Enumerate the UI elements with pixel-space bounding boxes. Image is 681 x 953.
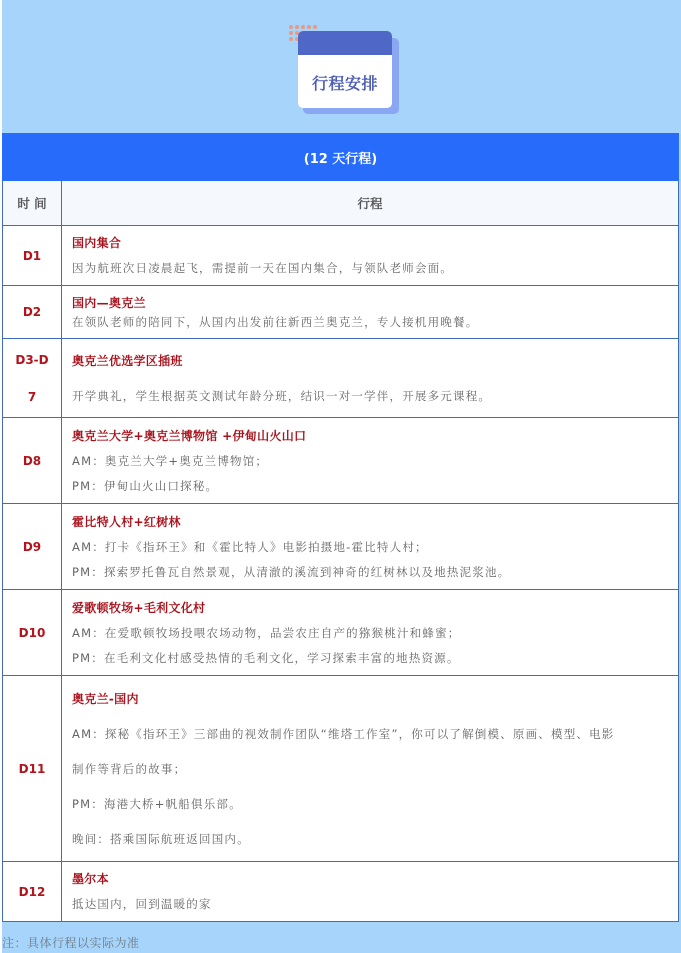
footer-note: 注：具体行程以实际为准 xyxy=(2,934,140,951)
day-label: D2 xyxy=(3,286,62,338)
day-title: 霍比特人村+红树林 xyxy=(72,514,678,530)
day-label: D1 xyxy=(3,226,62,285)
day-title: 国内集合 xyxy=(72,235,678,251)
day-label: D12 xyxy=(3,862,62,921)
itinerary-table: (12 天行程) 时 间 行程 D1 国内集合 因为航班次日凌晨起飞，需提前一天… xyxy=(2,133,679,922)
day-title: 奥克兰大学+奥克兰博物馆 +伊甸山火山口 xyxy=(72,428,678,444)
table-row-d1: D1 国内集合 因为航班次日凌晨起飞，需提前一天在国内集合，与领队老师会面。 xyxy=(2,226,679,286)
table-row-d2: D2 国内—奥克兰 在领队老师的陪同下，从国内出发前往新西兰奥克兰，专人接机用晚… xyxy=(2,286,679,339)
day-am: AM：探秘《指环王》三部曲的视效制作团队“维塔工作室”，你可以了解倒模、原画、模… xyxy=(72,726,678,742)
day-pm: PM：伊甸山火山口探秘。 xyxy=(72,478,678,494)
day-content: 墨尔本 抵达国内，回到温暖的家 xyxy=(62,862,678,921)
days-header: (12 天行程) xyxy=(2,133,679,181)
table-row-d3-d7: D3-D 7 奥克兰优选学区插班 开学典礼，学生根据英文测试年龄分班，结识一对一… xyxy=(2,339,679,418)
day-description: 因为航班次日凌晨起飞，需提前一天在国内集合，与领队老师会面。 xyxy=(72,260,678,276)
day-content: 国内集合 因为航班次日凌晨起飞，需提前一天在国内集合，与领队老师会面。 xyxy=(62,226,678,285)
table-row-d8: D8 奥克兰大学+奥克兰博物馆 +伊甸山火山口 AM：奥克兰大学+奥克兰博物馆；… xyxy=(2,418,679,504)
day-pm: PM：海港大桥+帆船俱乐部。 xyxy=(72,796,678,812)
day-content: 奥克兰大学+奥克兰博物馆 +伊甸山火山口 AM：奥克兰大学+奥克兰博物馆； PM… xyxy=(62,418,678,503)
day-description: 抵达国内，回到温暖的家 xyxy=(72,896,678,912)
day-description: 开学典礼，学生根据英文测试年龄分班，结识一对一学伴，开展多元课程。 xyxy=(72,388,678,404)
day-pm: PM：在毛利文化村感受热情的毛利文化，学习探索丰富的地热资源。 xyxy=(72,650,678,666)
column-header-itinerary: 行程 xyxy=(62,181,678,225)
day-am: AM：打卡《指环王》和《霍比特人》电影拍摄地-霍比特人村； xyxy=(72,539,678,555)
day-content: 国内—奥克兰 在领队老师的陪同下，从国内出发前往新西兰奥克兰，专人接机用晚餐。 xyxy=(62,286,678,338)
day-content: 奥克兰-国内 AM：探秘《指环王》三部曲的视效制作团队“维塔工作室”，你可以了解… xyxy=(62,676,678,861)
table-row-d9: D9 霍比特人村+红树林 AM：打卡《指环王》和《霍比特人》电影拍摄地-霍比特人… xyxy=(2,504,679,590)
badge-top-bar xyxy=(298,31,392,55)
day-title: 墨尔本 xyxy=(72,871,678,887)
day-content: 爱歌顿牧场+毛利文化村 AM：在爱歌顿牧场投喂农场动物，品尝农庄自产的猕猴桃汁和… xyxy=(62,590,678,675)
day-content: 霍比特人村+红树林 AM：打卡《指环王》和《霍比特人》电影拍摄地-霍比特人村； … xyxy=(62,504,678,589)
column-header-row: 时 间 行程 xyxy=(2,181,679,226)
section-badge: 行程安排 xyxy=(298,31,392,108)
day-am: AM：在爱歌顿牧场投喂农场动物，品尝农庄自产的猕猴桃汁和蜂蜜； xyxy=(72,625,678,641)
section-title: 行程安排 xyxy=(298,71,392,94)
title-area: 行程安排 xyxy=(2,0,681,133)
day-pm: PM：探索罗托鲁瓦自然景观，从清澈的溪流到神奇的红树林以及地热泥浆池。 xyxy=(72,564,678,580)
day-am-continued: 制作等背后的故事； xyxy=(72,761,678,777)
day-label: D10 xyxy=(3,590,62,675)
day-description: 在领队老师的陪同下，从国内出发前往新西兰奥克兰，专人接机用晚餐。 xyxy=(72,314,678,330)
day-label: D8 xyxy=(3,418,62,503)
day-label: D11 xyxy=(3,676,62,861)
day-evening: 晚间：搭乘国际航班返回国内。 xyxy=(72,831,678,847)
day-title: 奥克兰优选学区插班 xyxy=(72,353,678,369)
day-title: 奥克兰-国内 xyxy=(72,691,678,707)
table-row-d11: D11 奥克兰-国内 AM：探秘《指环王》三部曲的视效制作团队“维塔工作室”，你… xyxy=(2,676,679,862)
day-am: AM：奥克兰大学+奥克兰博物馆； xyxy=(72,453,678,469)
day-title: 爱歌顿牧场+毛利文化村 xyxy=(72,600,678,616)
day-label: D9 xyxy=(3,504,62,589)
table-row-d12: D12 墨尔本 抵达国内，回到温暖的家 xyxy=(2,862,679,922)
column-header-time: 时 间 xyxy=(3,181,62,225)
itinerary-page: 行程安排 (12 天行程) 时 间 行程 D1 国内集合 因为航班次日凌晨起飞，… xyxy=(2,0,681,953)
table-row-d10: D10 爱歌顿牧场+毛利文化村 AM：在爱歌顿牧场投喂农场动物，品尝农庄自产的猕… xyxy=(2,590,679,676)
day-title: 国内—奥克兰 xyxy=(72,295,678,311)
day-content: 奥克兰优选学区插班 开学典礼，学生根据英文测试年龄分班，结识一对一学伴，开展多元… xyxy=(62,339,678,417)
day-label: D3-D 7 xyxy=(3,339,62,417)
